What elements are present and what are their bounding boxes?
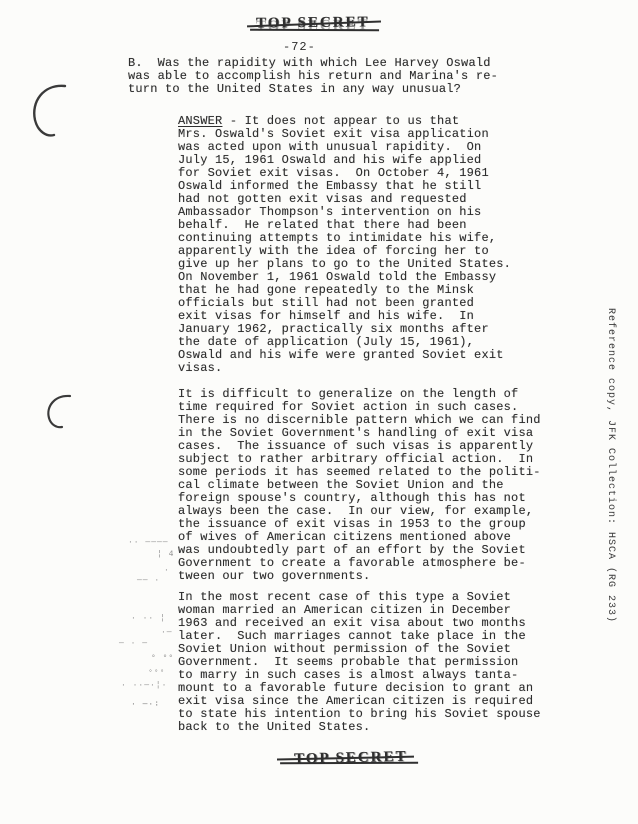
archive-reference-note: Reference copy, JFK Collection: HSCA (RG… (605, 308, 616, 623)
answer-paragraph-1: ANSWER - It does not appear to us that M… (178, 115, 511, 375)
classification-stamp-bottom: TOP SECRET (294, 749, 408, 768)
page-number: -72- (283, 40, 316, 54)
pencil-mark: — · — (119, 640, 148, 648)
pencil-mark: · (164, 567, 170, 575)
pencil-mark: ◦◦◦ (148, 668, 165, 676)
question-paragraph: B. Was the rapidity with which Lee Harve… (128, 57, 498, 96)
pen-mark-icon (27, 80, 77, 145)
strikethrough-line (250, 29, 379, 31)
answer-paragraph-2: It is difficult to generalize on the len… (178, 388, 541, 583)
pencil-mark: ·— (161, 629, 173, 637)
answer-label: ANSWER (178, 114, 222, 128)
pencil-mark: · ·· ¦ (131, 615, 166, 623)
open-paren-pen-stroke-icon (27, 80, 77, 140)
pen-mark-icon (44, 392, 78, 435)
pencil-mark: · ··—·¦· (121, 682, 167, 690)
pencil-mark: · —·∶ (131, 701, 160, 709)
answer-paragraph-3: In the most recent case of this type a S… (178, 591, 541, 734)
answer-paragraph-1-text: - It does not appear to us that Mrs. Osw… (178, 114, 511, 375)
open-paren-pen-stroke-icon (44, 392, 78, 430)
pencil-mark: —— · (137, 577, 160, 585)
pencil-mark: ·· ———— (128, 539, 169, 547)
pencil-mark: ¦ 4 (157, 551, 174, 559)
pencil-mark: ° °° (151, 655, 174, 663)
classification-stamp-top: TOP SECRET (256, 14, 370, 32)
scanned-document-page: TOP SECRET -72- B. Was the rapidity with… (0, 0, 638, 824)
